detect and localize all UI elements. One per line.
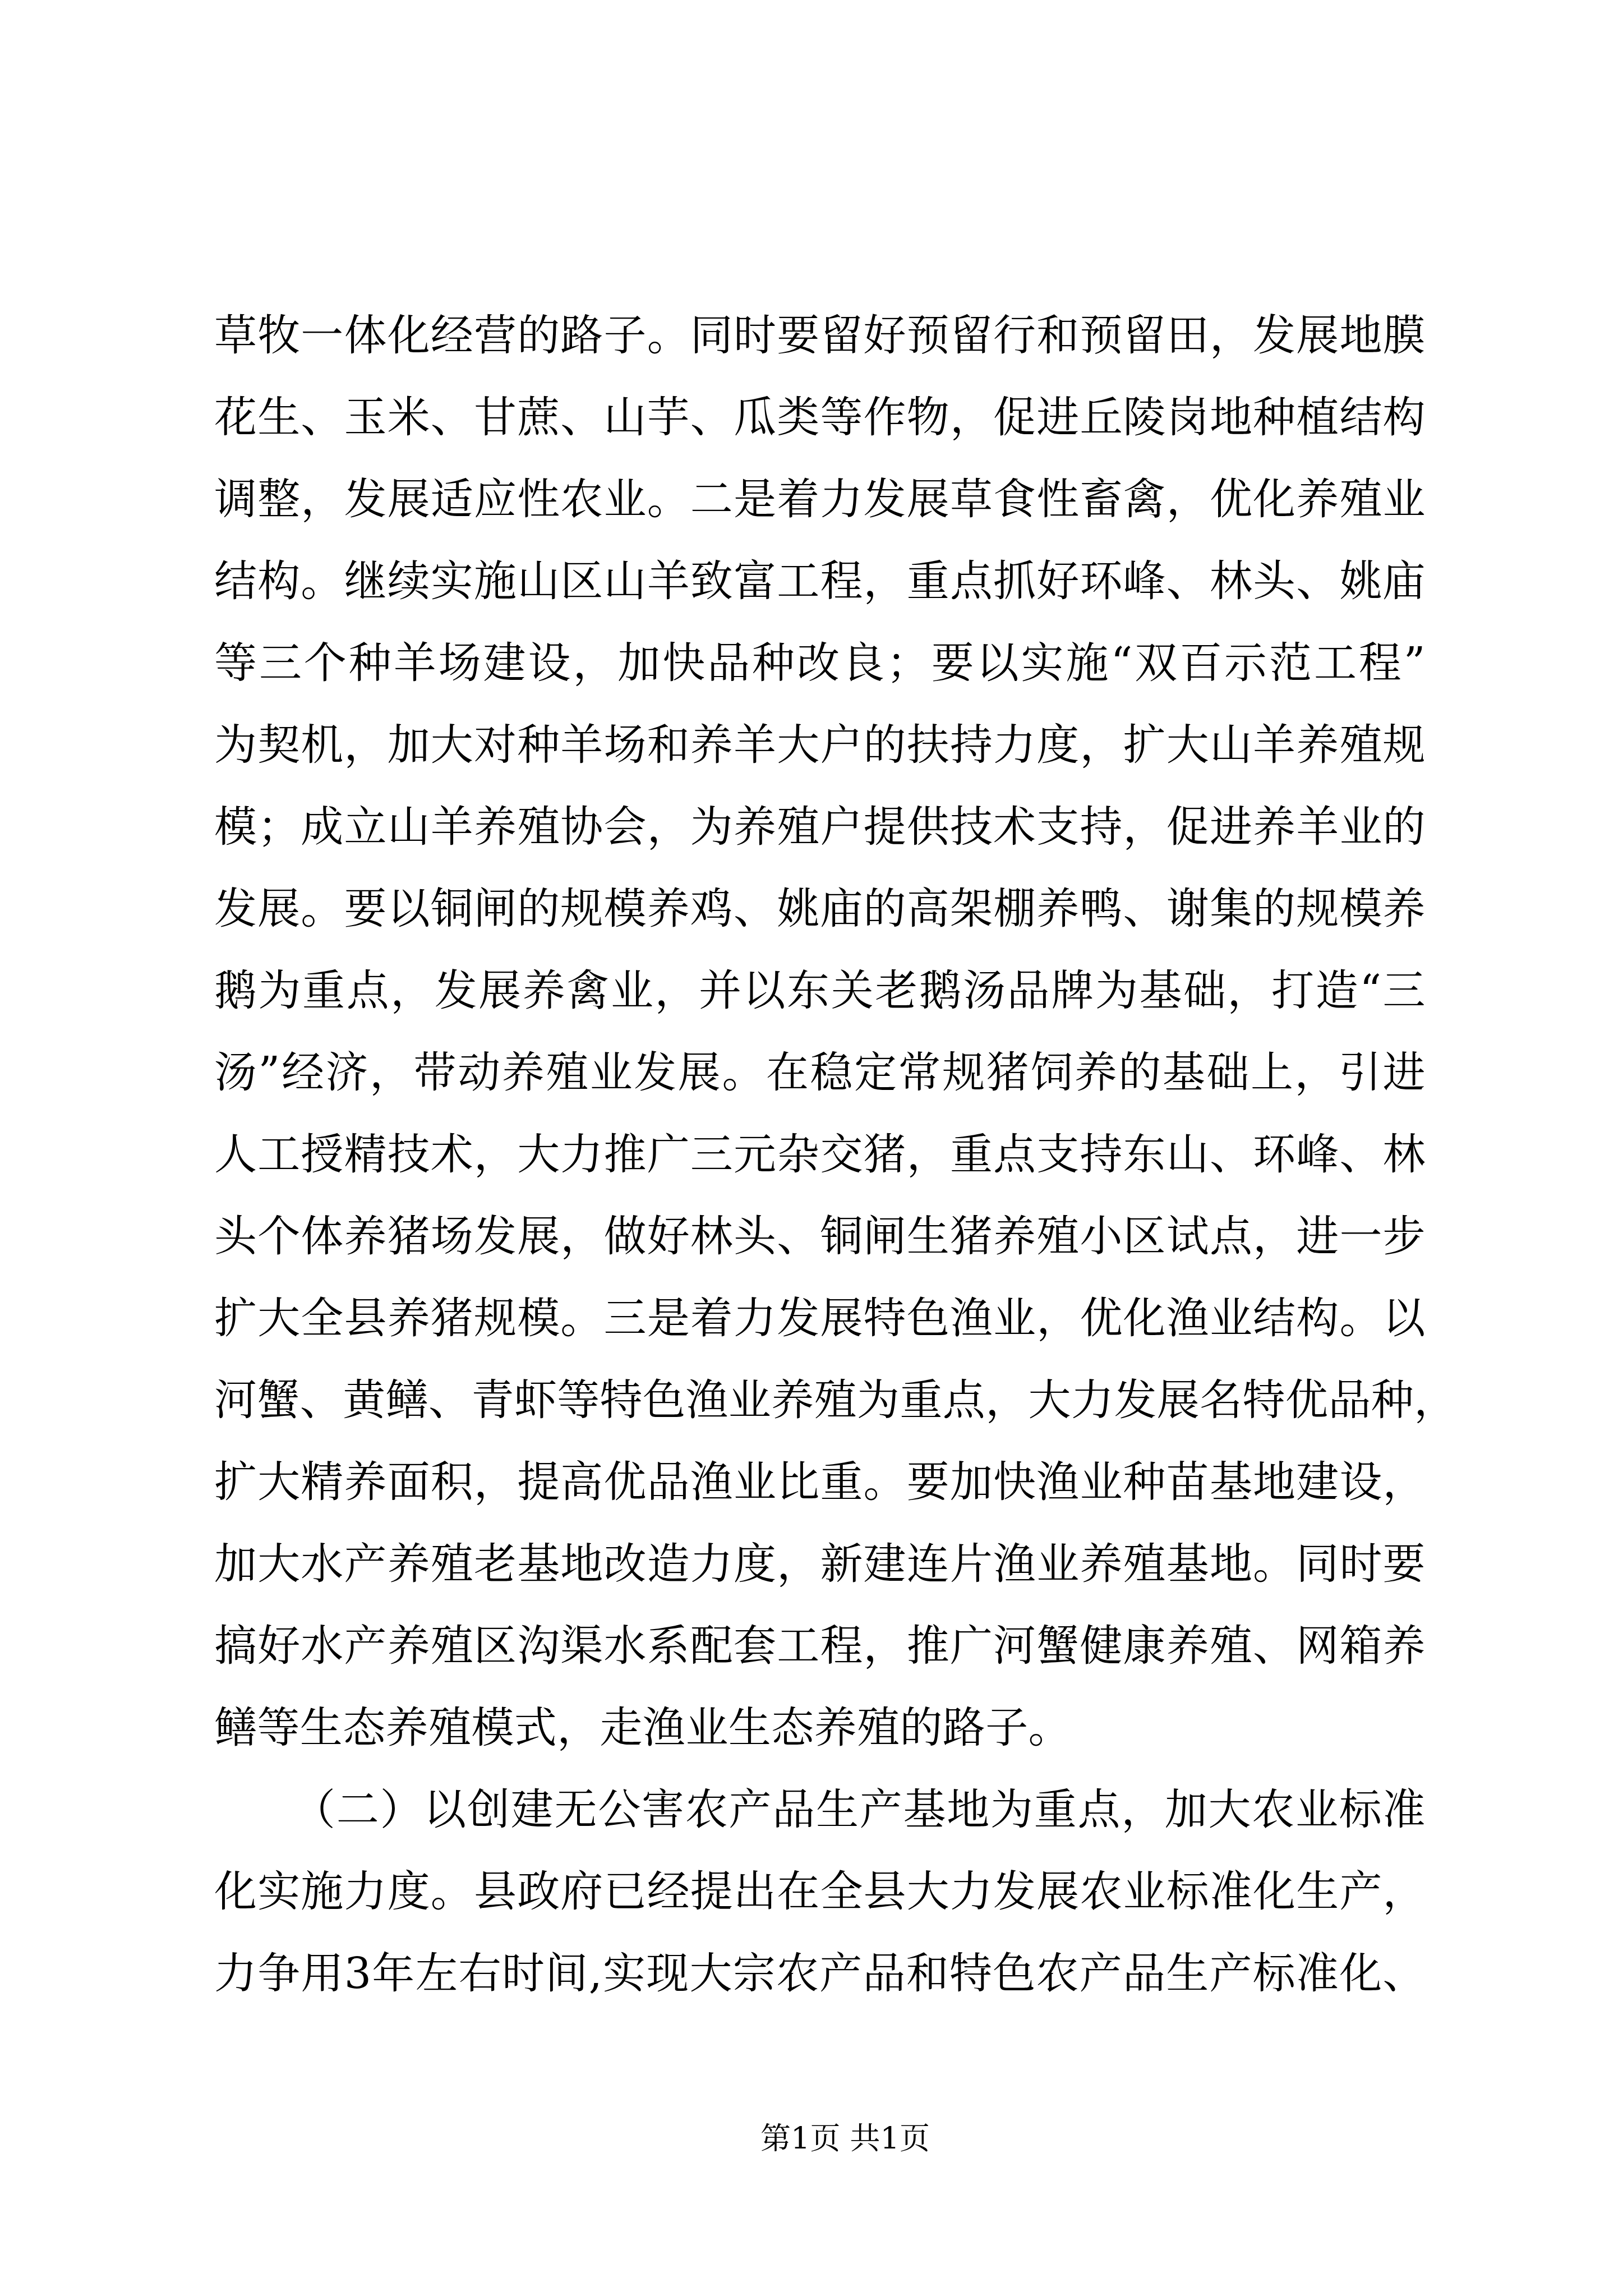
text-line: 头个体养猪场发展，做好林头、铜闸生猪养殖小区试点，进一步 (214, 1204, 1426, 1286)
text-line: 力争用3年左右时间,实现大宗农产品和特色农产品生产标准化、 (214, 1941, 1426, 2023)
text-line: 扩大全县养猪规模。三是着力发展特色渔业，优化渔业结构。以 (214, 1286, 1426, 1368)
page-number: 第1页 共1页 (760, 2121, 930, 2156)
text-line: 调整，发展适应性农业。二是着力发展草食性畜禽，优化养殖业 (214, 467, 1426, 549)
text-line: 河蟹、黄鳝、青虾等特色渔业养殖为重点，大力发展名特优品种， (214, 1368, 1426, 1450)
section-heading-line: （二）以创建无公害农产品生产基地为重点，加大农业标准 (214, 1777, 1426, 1859)
text-line: 为契机，加大对种羊场和养羊大户的扶持力度，扩大山羊养殖规 (214, 712, 1426, 794)
text-line: 搞好水产养殖区沟渠水系配套工程，推广河蟹健康养殖、网箱养 (214, 1613, 1426, 1695)
text-line: 结构。继续实施山区山羊致富工程，重点抓好环峰、林头、姚庙 (214, 549, 1426, 631)
text-line: 草牧一体化经营的路子。同时要留好预留行和预留田，发展地膜 (214, 303, 1426, 385)
text-line: 等三个种羊场建设，加快品种改良；要以实施“双百示范工程” (214, 631, 1426, 712)
document-page: 草牧一体化经营的路子。同时要留好预留行和预留田，发展地膜 花生、玉米、甘蔗、山芋… (0, 0, 1623, 2296)
text-line: 化实施力度。县政府已经提出在全县大力发展农业标准化生产， (214, 1859, 1426, 1941)
document-body: 草牧一体化经营的路子。同时要留好预留行和预留田，发展地膜 花生、玉米、甘蔗、山芋… (214, 303, 1426, 2023)
text-line: 汤”经济，带动养殖业发展。在稳定常规猪饲养的基础上，引进 (214, 1040, 1426, 1122)
text-line: 花生、玉米、甘蔗、山芋、瓜类等作物，促进丘陵岗地种植结构 (214, 385, 1426, 467)
text-line: 加大水产养殖老基地改造力度，新建连片渔业养殖基地。同时要 (214, 1531, 1426, 1613)
paragraph-2: （二）以创建无公害农产品生产基地为重点，加大农业标准 化实施力度。县政府已经提出… (214, 1777, 1426, 2023)
paragraph-1: 草牧一体化经营的路子。同时要留好预留行和预留田，发展地膜 花生、玉米、甘蔗、山芋… (214, 303, 1426, 1777)
text-line: 鳝等生态养殖模式，走渔业生态养殖的路子。 (214, 1695, 1426, 1777)
text-line: 人工授精技术，大力推广三元杂交猪，重点支持东山、环峰、林 (214, 1122, 1426, 1204)
text-line: 扩大精养面积，提高优品渔业比重。要加快渔业种苗基地建设， (214, 1450, 1426, 1531)
text-line: 模；成立山羊养殖协会，为养殖户提供技术支持，促进养羊业的 (214, 794, 1426, 876)
page-footer: 第1页 共1页 (0, 2119, 1623, 2159)
text-line: 鹅为重点，发展养禽业，并以东关老鹅汤品牌为基础，打造“三 (214, 958, 1426, 1040)
text-line: 发展。要以铜闸的规模养鸡、姚庙的高架棚养鸭、谢集的规模养 (214, 876, 1426, 958)
